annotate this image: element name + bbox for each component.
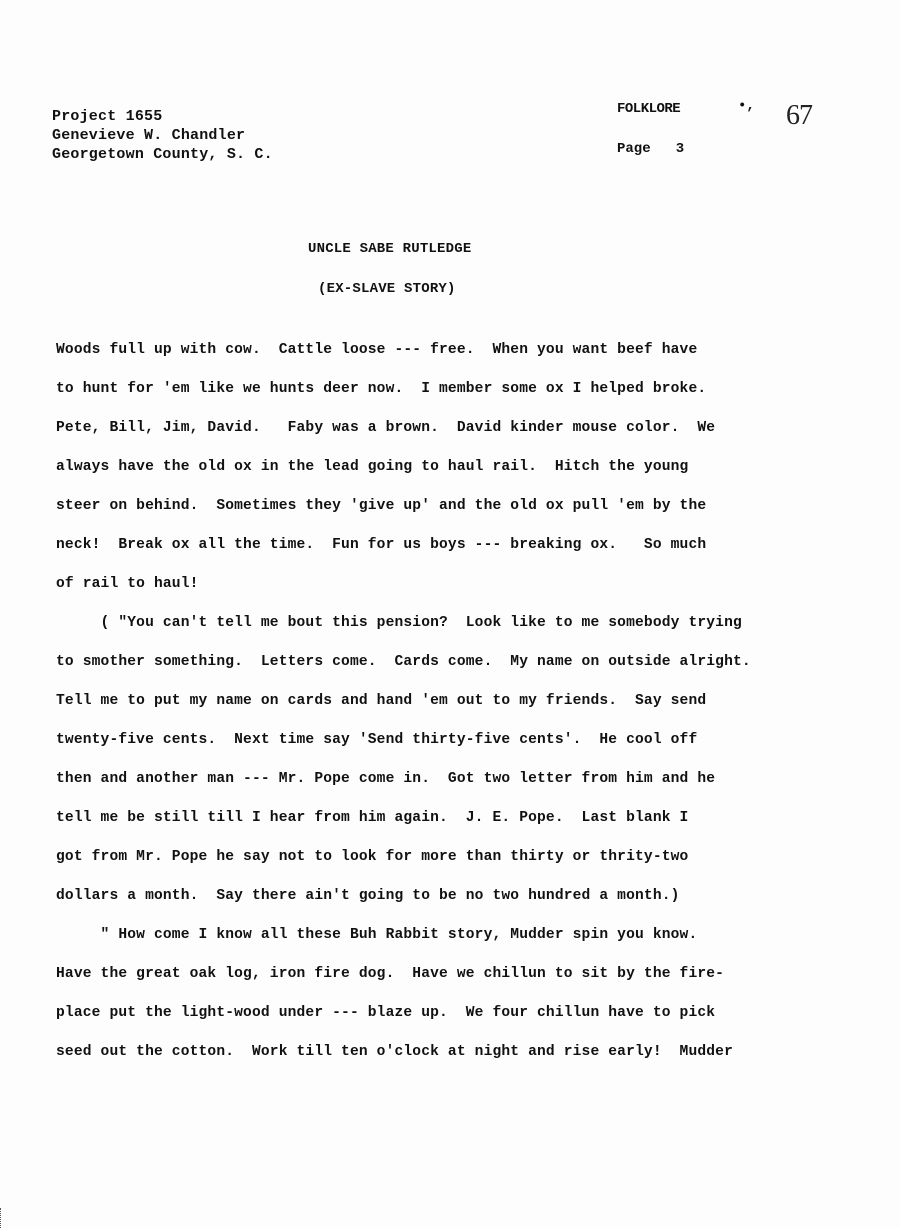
text-line: " How come I know all these Buh Rabbit s… xyxy=(56,925,856,964)
stray-mark: •, xyxy=(738,98,755,114)
category-label: FOLKLORE xyxy=(617,101,680,117)
text-line: Woods full up with cow. Cattle loose ---… xyxy=(56,340,856,379)
text-line: place put the light-wood under --- blaze… xyxy=(56,1003,856,1042)
county-location: Georgetown County, S. C. xyxy=(52,145,273,164)
text-line: ( "You can't tell me bout this pension? … xyxy=(56,613,856,652)
text-line: tell me be still till I hear from him ag… xyxy=(56,808,856,847)
folio-number: 67 xyxy=(786,100,812,132)
text-line: to smother something. Letters come. Card… xyxy=(56,652,856,691)
text-line: seed out the cotton. Work till ten o'clo… xyxy=(56,1042,856,1081)
text-line: Pete, Bill, Jim, David. Faby was a brown… xyxy=(56,418,856,457)
document-title: UNCLE SABE RUTLEDGE xyxy=(308,241,471,257)
text-line: neck! Break ox all the time. Fun for us … xyxy=(56,535,856,574)
scan-margin-mark xyxy=(0,1208,2,1228)
text-line: twenty-five cents. Next time say 'Send t… xyxy=(56,730,856,769)
text-line: Tell me to put my name on cards and hand… xyxy=(56,691,856,730)
text-line: dollars a month. Say there ain't going t… xyxy=(56,886,856,925)
text-line: got from Mr. Pope he say not to look for… xyxy=(56,847,856,886)
text-line: steer on behind. Sometimes they 'give up… xyxy=(56,496,856,535)
document-page: Project 1655 Genevieve W. Chandler Georg… xyxy=(0,0,900,1228)
author-name: Genevieve W. Chandler xyxy=(52,126,273,145)
text-line: to hunt for 'em like we hunts deer now. … xyxy=(56,379,856,418)
text-line: Have the great oak log, iron fire dog. H… xyxy=(56,964,856,1003)
project-info-block: Project 1655 Genevieve W. Chandler Georg… xyxy=(52,107,273,164)
project-number: Project 1655 xyxy=(52,107,273,126)
text-line: then and another man --- Mr. Pope come i… xyxy=(56,769,856,808)
document-subtitle: (EX-SLAVE STORY) xyxy=(318,281,456,297)
page-number: Page 3 xyxy=(617,141,684,157)
text-line: of rail to haul! xyxy=(56,574,856,613)
body-text: Woods full up with cow. Cattle loose ---… xyxy=(56,340,856,1081)
text-line: always have the old ox in the lead going… xyxy=(56,457,856,496)
